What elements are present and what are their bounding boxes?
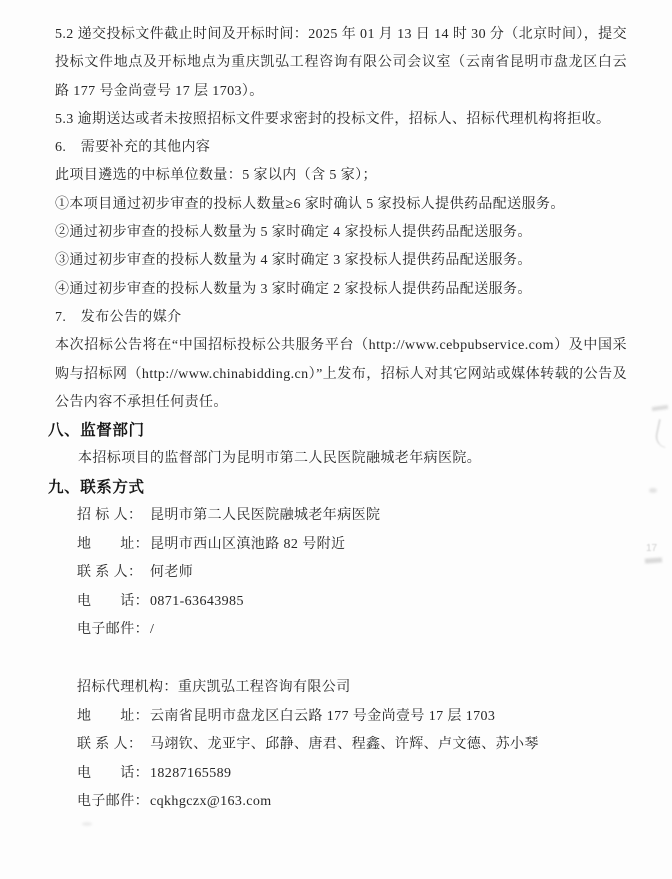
agency-name-label: 招标代理机构： [77,674,178,703]
section-9-heading: 九、联系方式 [48,474,627,502]
tenderer-phone-label: 电 话： [77,588,150,617]
scan-stroke-artifact [653,419,670,448]
agency-email-row: 电子邮件： cqkhgczx@163.com [77,788,627,817]
tenderer-email-row: 电子邮件： / [77,616,627,645]
agency-contact-person-row: 联 系 人： 马翊钦、龙亚宇、邱静、唐君、程鑫、许辉、卢文德、苏小琴 [77,731,627,760]
selection-rule-1: ①本项目通过初步审查的投标人数量≥6 家时确认 5 家投标人提供药品配送服务。 [55,191,627,219]
agency-phone-row: 电 话： 18287165589 [77,760,627,789]
agency-name-row: 招标代理机构： 重庆凯弘工程咨询有限公司 [77,674,627,703]
agency-email-label: 电子邮件： [77,788,150,817]
section-8-heading: 八、监督部门 [48,417,627,445]
agency-address-label: 地 址： [77,703,150,732]
tenderer-name-row: 招 标 人： 昆明市第二人民医院融城老年病医院 [77,502,627,531]
agency-contact-block: 招标代理机构： 重庆凯弘工程咨询有限公司 地 址： 云南省昆明市盘龙区白云路 1… [77,674,627,817]
scan-smudge-artifact-2 [645,557,662,563]
section-6-intro: 此项目遴选的中标单位数量：5 家以内（含 5 家）； [55,162,627,190]
agency-email-value: cqkhgczx@163.com [150,788,272,817]
tenderer-name-value: 昆明市第二人民医院融城老年病医院 [150,502,380,531]
clause-5-3: 5.3 逾期送达或者未按照招标文件要求密封的投标文件，招标人、招标代理机构将拒收… [55,106,627,134]
document-content: 5.2 递交投标文件截止时间及开标时间：2025 年 01 月 13 日 14 … [55,21,627,817]
selection-rule-3: ③通过初步审查的投标人数量为 4 家时确定 3 家投标人提供药品配送服务。 [55,247,627,275]
agency-name-value: 重庆凯弘工程咨询有限公司 [178,674,351,703]
section-8-body: 本招标项目的监督部门为昆明市第二人民医院融城老年病医院。 [78,445,627,473]
tenderer-phone-value: 0871-63643985 [150,588,244,617]
scan-dot-artifact-2 [82,822,92,826]
agency-phone-label: 电 话： [77,760,150,789]
scan-dot-artifact [649,488,657,493]
tenderer-contact-person-row: 联 系 人： 何老师 [77,559,627,588]
agency-address-value: 云南省昆明市盘龙区白云路 177 号金尚壹号 17 层 1703 [150,703,495,732]
section-7-body: 本次招标公告将在“中国招标投标公共服务平台（http://www.cebpubs… [55,332,627,417]
tenderer-address-row: 地 址： 昆明市西山区滇池路 82 号附近 [77,531,627,560]
selection-rule-4: ④通过初步审查的投标人数量为 3 家时确定 2 家投标人提供药品配送服务。 [55,276,627,304]
agency-contact-person-label: 联 系 人： [77,731,150,760]
blank-line-spacer [77,645,627,674]
scan-bleedthrough-text: 17 [646,543,657,554]
tenderer-contact-person-label: 联 系 人： [77,559,150,588]
scan-smudge-artifact [652,405,668,411]
scanned-document-page: 5.2 递交投标文件截止时间及开标时间：2025 年 01 月 13 日 14 … [0,0,672,879]
agency-phone-value: 18287165589 [150,760,231,789]
tenderer-contact-person-value: 何老师 [150,559,193,588]
section-7-title: 7. 发布公告的媒介 [55,304,627,332]
agency-contact-person-value: 马翊钦、龙亚宇、邱静、唐君、程鑫、许辉、卢文德、苏小琴 [150,731,539,760]
tenderer-phone-row: 电 话： 0871-63643985 [77,588,627,617]
tenderer-name-label: 招 标 人： [77,502,150,531]
clause-5-2: 5.2 递交投标文件截止时间及开标时间：2025 年 01 月 13 日 14 … [55,21,627,106]
tenderer-contact-block: 招 标 人： 昆明市第二人民医院融城老年病医院 地 址： 昆明市西山区滇池路 8… [77,502,627,817]
agency-address-row: 地 址： 云南省昆明市盘龙区白云路 177 号金尚壹号 17 层 1703 [77,703,627,732]
tenderer-address-value: 昆明市西山区滇池路 82 号附近 [150,531,345,560]
section-6-title: 6. 需要补充的其他内容 [55,134,627,162]
tenderer-email-value: / [150,616,154,645]
tenderer-email-label: 电子邮件： [77,616,150,645]
selection-rule-2: ②通过初步审查的投标人数量为 5 家时确定 4 家投标人提供药品配送服务。 [55,219,627,247]
tenderer-address-label: 地 址： [77,531,150,560]
